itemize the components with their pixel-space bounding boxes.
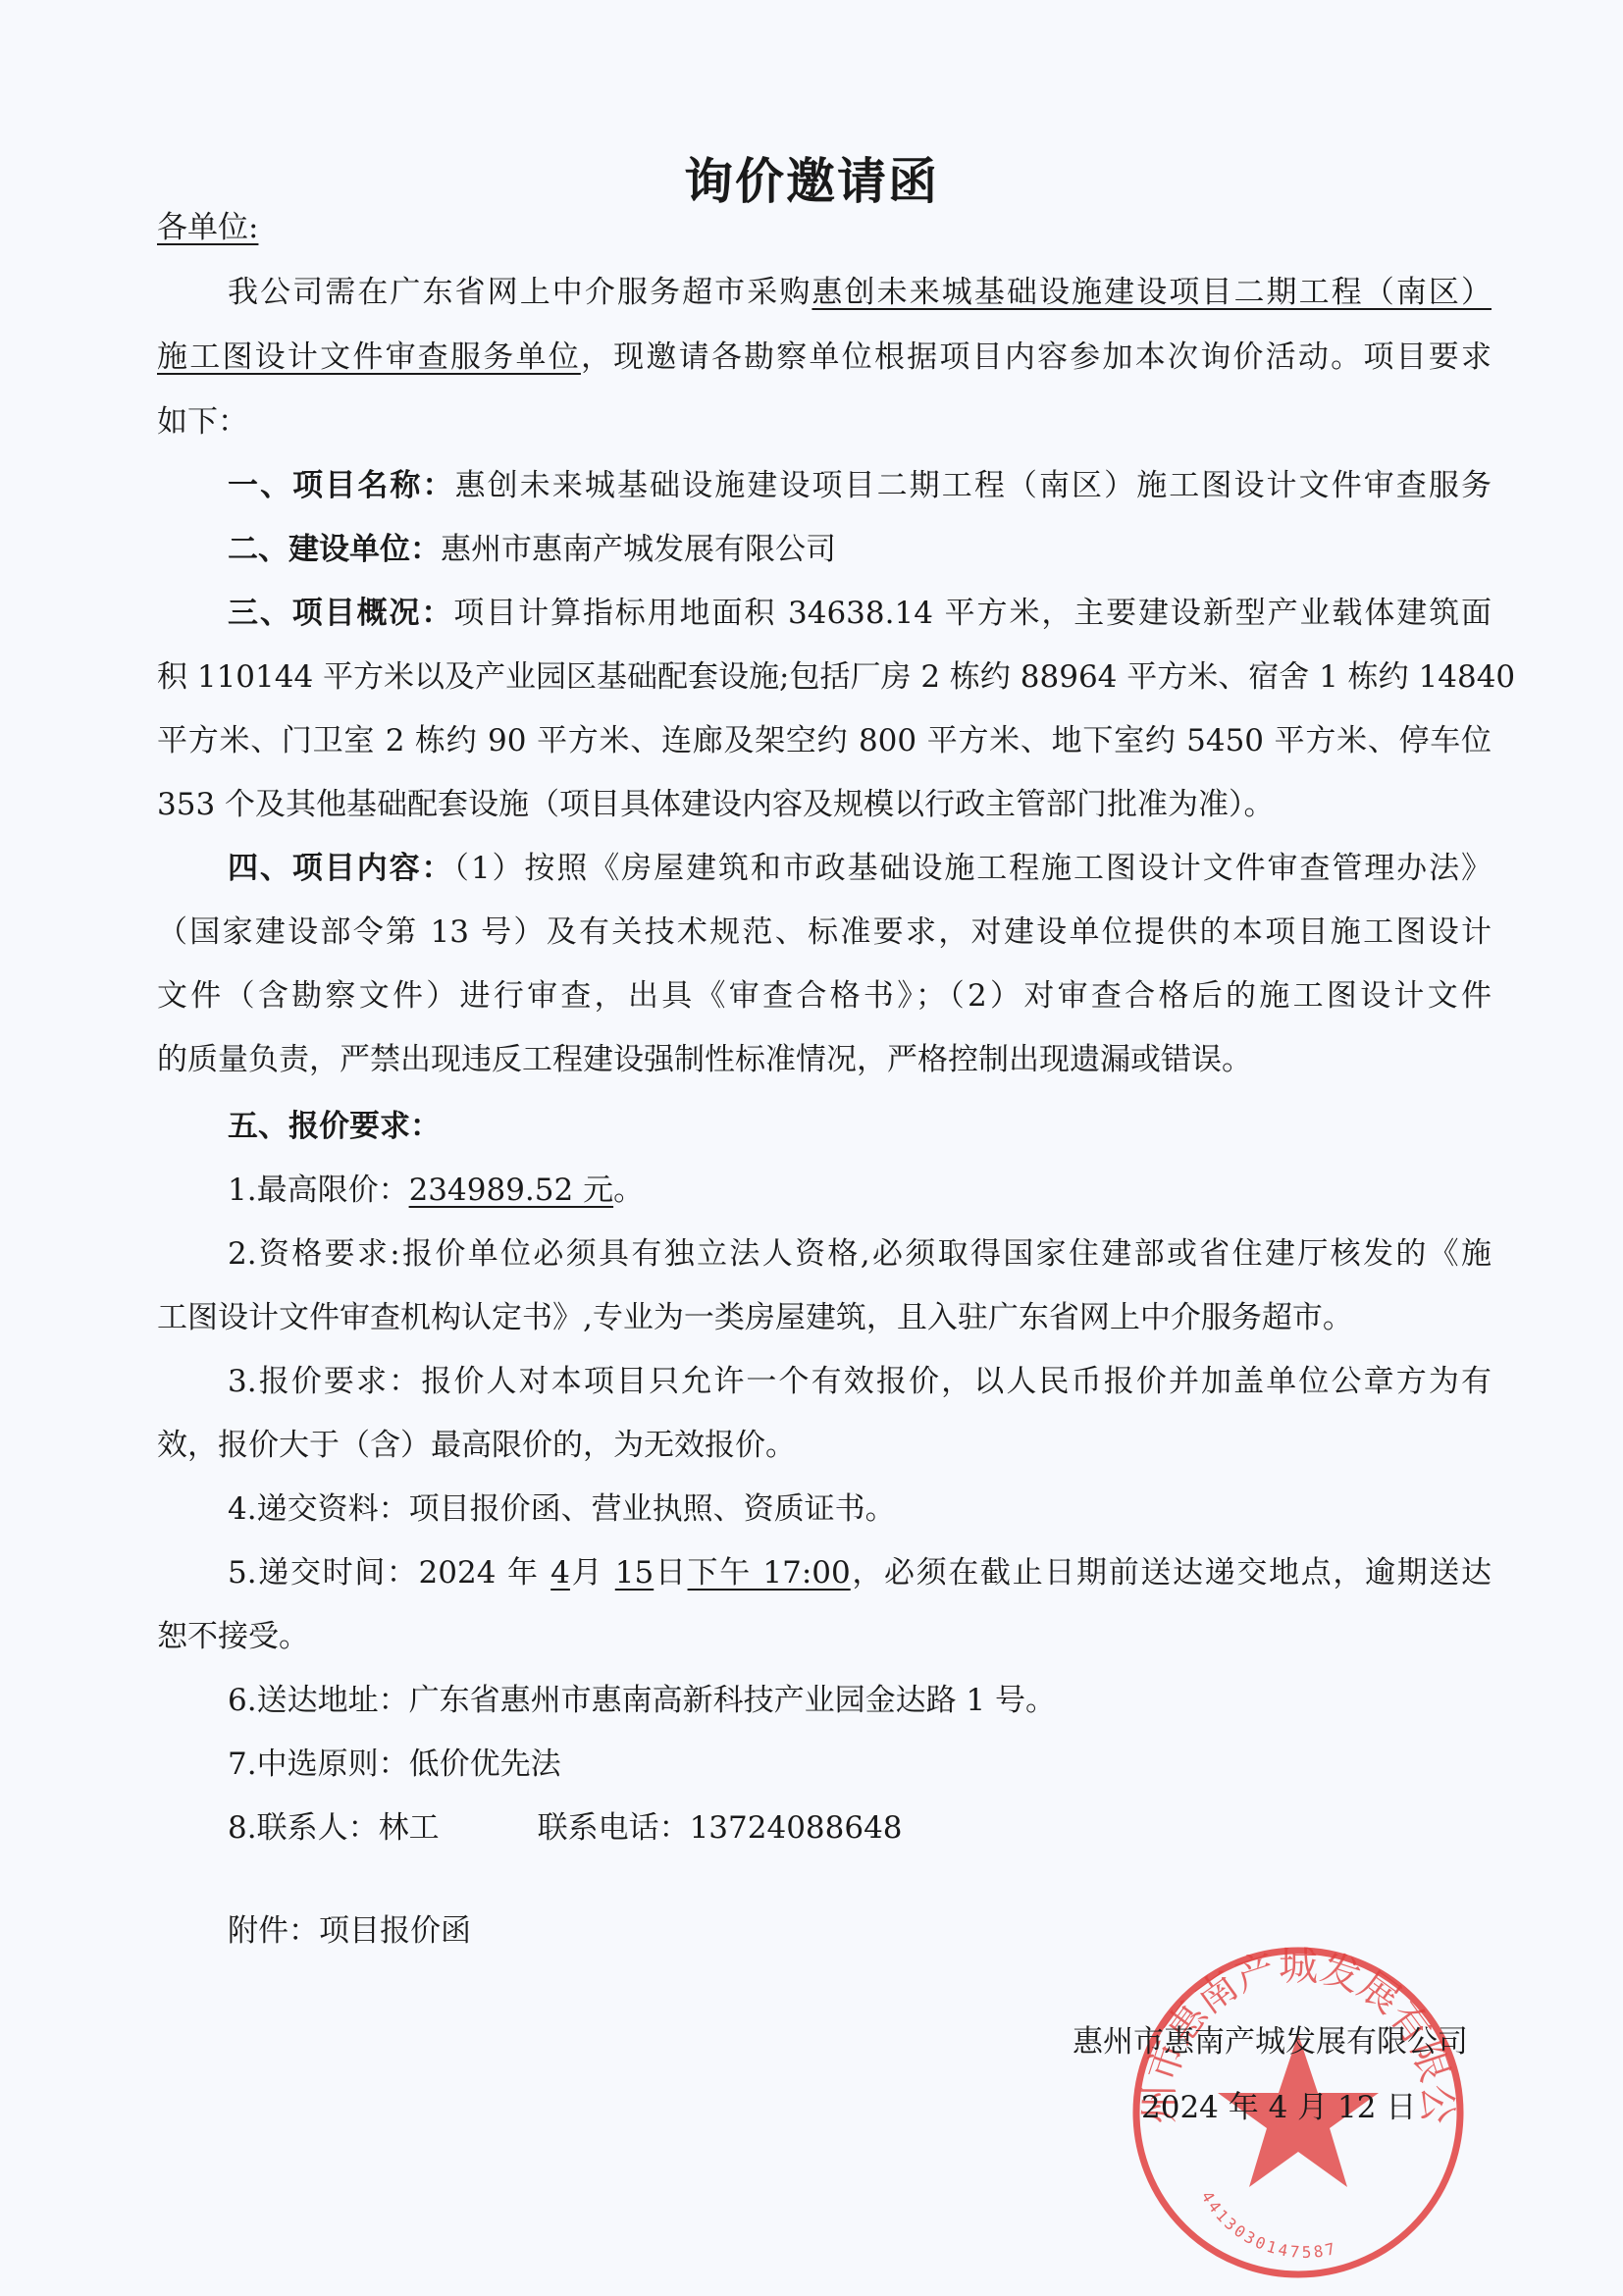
- svg-text:4413030147587: 4413030147587: [1197, 2188, 1339, 2262]
- req-deadline-line-1: 5.递交时间：2024 年 4月 15日下午 17:00，必须在截止日期前送达递…: [157, 1553, 1492, 1592]
- document-page: 询价邀请函 各单位: 我公司需在广东省网上中介服务超市采购惠创未来城基础设施建设…: [0, 0, 1623, 2296]
- section-content-line-2: （国家建设部令第 13 号）及有关技术规范、标准要求，对建设单位提供的本项目施工…: [157, 913, 1492, 952]
- req-qualification-line-1: 2.资格要求:报价单位必须具有独立法人资格,必须取得国家住建部或省住建厅核发的《…: [157, 1234, 1492, 1274]
- intro-line-2: 施工图设计文件审查服务单位，现邀请各勘察单位根据项目内容参加本次询价活动。项目要…: [157, 338, 1492, 377]
- signature-date: 2024 年 4 月 12 日: [1141, 2088, 1416, 2127]
- req-quote-line-2: 效，报价大于（含）最高限价的，为无效报价。: [157, 1426, 1492, 1465]
- section-overview-line-3: 平方米、门卫室 2 栋约 90 平方米、连廊及架空约 800 平方米、地下室约 …: [157, 721, 1492, 760]
- req-quote-line-1: 3.报价要求：报价人对本项目只允许一个有效报价，以人民币报价并加盖单位公章方为有: [157, 1362, 1492, 1401]
- section-project-name: 一、项目名称：惠创未来城基础设施建设项目二期工程（南区）施工图设计文件审查服务: [157, 466, 1492, 505]
- salutation: 各单位:: [157, 208, 1492, 247]
- req-contact: 8.联系人：林工联系电话：13724088648: [157, 1808, 1492, 1848]
- req-materials: 4.递交资料：项目报价函、营业执照、资质证书。: [157, 1489, 1492, 1529]
- req-selection: 7.中选原则：低价优先法: [157, 1745, 1492, 1784]
- section-quote-heading: 五、报价要求：: [157, 1107, 1492, 1146]
- contact-phone: 联系电话：13724088648: [538, 1810, 903, 1846]
- section-content-line-3: 文件（含勘察文件）进行审查，出具《审查合格书》；（2）对审查合格后的施工图设计文…: [157, 976, 1492, 1016]
- section-content-line-1: 四、项目内容：（1）按照《房屋建筑和市政基础设施工程施工图设计文件审查管理办法》: [157, 849, 1492, 888]
- req-deadline-line-2: 恕不接受。: [157, 1617, 1492, 1656]
- req-address: 6.送达地址：广东省惠州市惠南高新科技产业园金达路 1 号。: [157, 1681, 1492, 1720]
- req-max-price: 1.最高限价：234989.52 元。: [157, 1171, 1492, 1210]
- page-title: 询价邀请函: [0, 142, 1623, 213]
- section-content-line-4: 的质量负责，严禁出现违反工程建设强制性标准情况，严格控制出现遗漏或错误。: [157, 1040, 1492, 1079]
- section-builder: 二、建设单位：惠州市惠南产城发展有限公司: [157, 530, 1492, 569]
- signature-company: 惠州市惠南产城发展有限公司: [1073, 2022, 1468, 2061]
- section-overview-line-1: 三、项目概况：项目计算指标用地面积 34638.14 平方米，主要建设新型产业载…: [157, 594, 1492, 633]
- section-overview-line-4: 353 个及其他基础配套设施（项目具体建设内容及规模以行政主管部门批准为准）。: [157, 785, 1492, 824]
- attachment-note: 附件：项目报价函: [157, 1911, 1492, 1951]
- intro-line-3: 如下：: [157, 402, 1492, 442]
- intro-line-1: 我公司需在广东省网上中介服务超市采购惠创未来城基础设施建设项目二期工程（南区）: [157, 273, 1492, 312]
- max-price-value: 234989.52 元: [409, 1173, 614, 1208]
- req-qualification-line-2: 工图设计文件审查机构认定书》,专业为一类房屋建筑，且入驻广东省网上中介服务超市。: [157, 1298, 1492, 1337]
- section-overview-line-2: 积 110144 平方米以及产业园区基础配套设施;包括厂房 2 栋约 88964…: [157, 657, 1492, 697]
